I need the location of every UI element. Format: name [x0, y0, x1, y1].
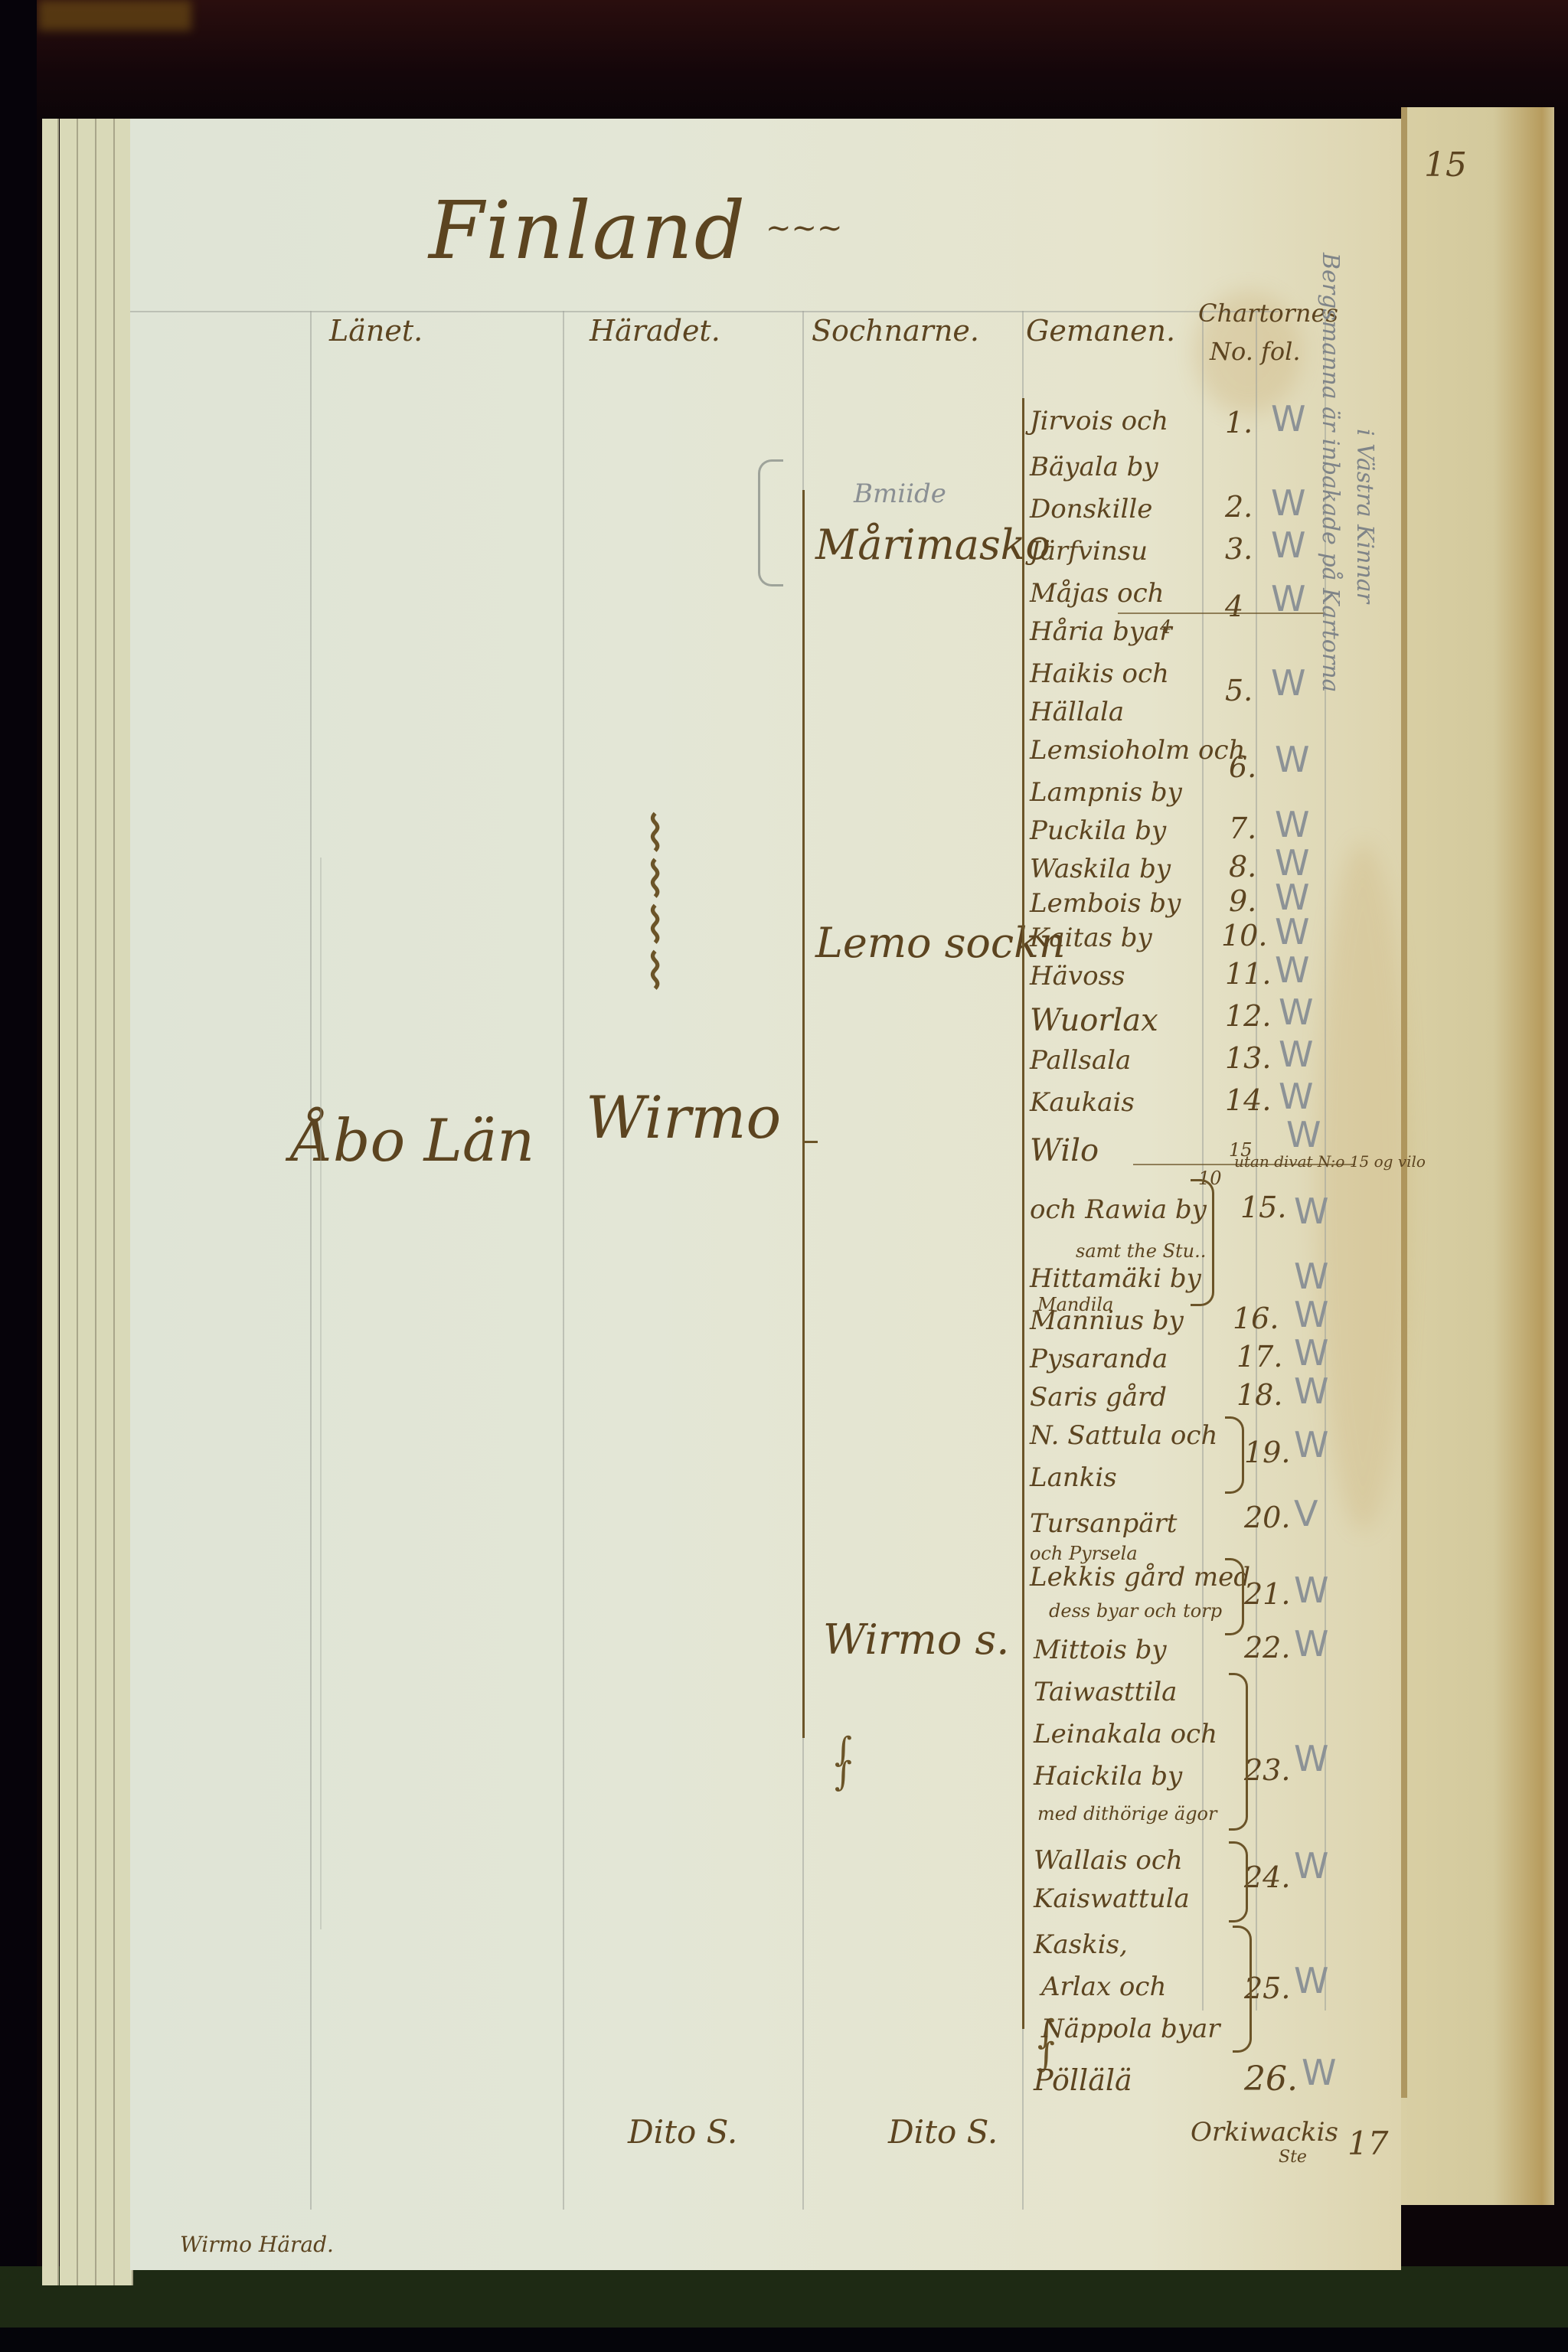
pencil-line: [320, 857, 322, 1929]
chart-number: 10.: [1221, 919, 1267, 952]
chart-number: 1.: [1225, 406, 1253, 439]
check-mark-icon: W: [1294, 1191, 1328, 1232]
village-entry: Saris gård: [1030, 1382, 1167, 1413]
photo-light-glare: [38, 0, 191, 31]
village-entry-note: dess byar och torp: [1049, 1600, 1222, 1622]
chart-number: 4: [1225, 590, 1243, 623]
footer-ste: Ste: [1279, 2148, 1307, 2167]
village-entry: Pysaranda: [1030, 1344, 1168, 1374]
column-rule: [310, 311, 312, 2210]
photo-background-left: [0, 0, 37, 2352]
paper-discoloration: [1317, 842, 1409, 1531]
village-bracket-line: [1022, 398, 1024, 2029]
check-mark-icon: W: [1294, 1370, 1328, 1412]
check-mark-icon: V: [1294, 1493, 1318, 1534]
footer-dito-harad: Dito S.: [628, 2113, 737, 2151]
check-mark-icon: W: [1275, 804, 1309, 845]
chart-number: 18.: [1236, 1378, 1282, 1412]
village-entry: N. Sattula och: [1030, 1420, 1217, 1451]
column-rule: [1202, 311, 1204, 2011]
check-mark-icon: W: [1294, 1845, 1328, 1886]
check-mark-icon: W: [1271, 482, 1305, 524]
chart-number: 3.: [1225, 532, 1253, 566]
village-entry: Järfvinsu: [1030, 536, 1148, 567]
chart-number: 16.: [1233, 1302, 1279, 1335]
village-entry: Näppola byar: [1041, 2014, 1220, 2044]
photo-frame-edge: [0, 2327, 1568, 2352]
check-mark-icon: W: [1294, 1570, 1328, 1611]
check-mark-icon: W: [1279, 1076, 1313, 1117]
chart-number: 21.: [1244, 1577, 1290, 1611]
column-header-haradet: Häradet.: [590, 314, 720, 348]
pencil-brace: [758, 459, 783, 586]
chart-number: 15.: [1240, 1191, 1286, 1224]
chart-number: 11.: [1225, 957, 1271, 991]
page-edge: [60, 119, 78, 2285]
village-entry: Leinakala och: [1034, 1719, 1217, 1749]
check-mark-icon: W: [1275, 949, 1309, 991]
chart-number: 12.: [1225, 999, 1271, 1033]
parish-wirmo: Wirmo s.: [823, 1615, 1009, 1664]
check-mark-icon: W: [1294, 1256, 1328, 1297]
check-mark-icon: W: [1294, 1424, 1328, 1465]
chart-number: 19.: [1244, 1436, 1290, 1469]
check-mark-icon: W: [1286, 1114, 1321, 1155]
brace: [1229, 1673, 1248, 1831]
chart-number: 8.: [1229, 850, 1256, 884]
check-mark-icon: W: [1271, 662, 1305, 704]
bottom-left-note: Wirmo Härad.: [180, 2232, 334, 2257]
check-mark-icon: W: [1279, 1034, 1313, 1075]
check-mark-icon: W: [1294, 1738, 1328, 1779]
bracket-end-squiggle: ∫∫: [835, 1738, 852, 1787]
photo-background-top: [0, 0, 1568, 122]
chart-number: 5.: [1225, 674, 1253, 707]
flourish-ornament: ⌇⌇⌇⌇: [643, 812, 667, 995]
brace: [1233, 1926, 1252, 2053]
check-mark-icon: W: [1294, 1294, 1328, 1335]
check-mark-icon: W: [1279, 991, 1313, 1033]
column-header-no-fol: No. fol.: [1210, 337, 1301, 366]
village-entry: Måjas och: [1030, 578, 1165, 609]
village-entry: Lankis: [1030, 1462, 1117, 1493]
village-entry: Hävoss: [1030, 961, 1125, 991]
brace: [1225, 1416, 1244, 1494]
village-entry: Taiwasttila: [1034, 1677, 1177, 1707]
column-header-lanet: Länet.: [329, 314, 423, 348]
village-entry: Lekkis gård med: [1030, 1562, 1250, 1592]
village-entry-note: samt the Stu..: [1076, 1240, 1206, 1262]
page-edge: [96, 119, 115, 2285]
village-entry: Kaitas by: [1030, 923, 1152, 953]
check-mark-icon: W: [1275, 739, 1309, 780]
harad-name: Wirmo: [586, 1083, 781, 1151]
village-entry-note: och Pyrsela: [1030, 1543, 1138, 1564]
column-header-gemenen: Gemanen.: [1026, 314, 1175, 348]
village-entry: Arlax och: [1041, 1971, 1166, 2002]
village-entry: Wallais och: [1034, 1845, 1183, 1876]
chart-number: 20.: [1244, 1501, 1290, 1534]
column-rule: [563, 311, 564, 2210]
page-edge: [42, 119, 59, 2285]
title-flourish: ~~~: [766, 211, 843, 246]
village-entry: och Rawia by: [1030, 1194, 1207, 1225]
adjacent-page-note: 15: [1424, 145, 1467, 185]
parish-lemo: Lemo sockn: [815, 919, 1066, 967]
village-entry: Bäyala by: [1030, 452, 1158, 482]
check-mark-icon: W: [1275, 911, 1309, 952]
margin-pencil-note: Bergsmanna är inbakade på Kartorna: [1317, 253, 1344, 692]
village-entry: Kaskis,: [1034, 1929, 1128, 1960]
village-entry: Haikis och: [1030, 658, 1169, 689]
check-mark-icon: W: [1294, 1960, 1328, 2001]
page-edge: [78, 119, 96, 2285]
header-rule: [130, 311, 1279, 312]
annotation-note: utan divat N:o 15 og vilo: [1234, 1152, 1426, 1171]
chart-number: 22.: [1244, 1631, 1290, 1664]
village-entry: Pöllälä: [1034, 2063, 1132, 2097]
village-entry: Hällala: [1030, 697, 1124, 727]
village-entry: Lemsioholm och: [1030, 735, 1245, 766]
page-title: Finland: [429, 184, 746, 277]
footer-number: 17: [1347, 2125, 1388, 2162]
chart-number: 6.: [1229, 750, 1256, 784]
chart-number: 17.: [1236, 1340, 1282, 1374]
village-entry: Donskille: [1030, 494, 1152, 524]
village-entry: Waskila by: [1030, 854, 1171, 884]
check-mark-icon: W: [1302, 2052, 1336, 2093]
parish-marimasko: Mårimasko: [815, 521, 1050, 569]
bracket-notch: [802, 1141, 818, 1143]
check-mark-icon: W: [1294, 1623, 1328, 1664]
footer-orkiwackis: Orkiwackis: [1191, 2117, 1338, 2148]
brace: [1191, 1179, 1214, 1306]
village-entry: Hittamäki by: [1030, 1263, 1201, 1294]
chart-number: 23.: [1244, 1753, 1290, 1787]
village-entry: Lampnis by: [1030, 777, 1182, 808]
column-header-socknarne: Sochnarne.: [812, 314, 979, 348]
parish-note: Bmiide: [854, 479, 946, 509]
village-entry: Puckila by: [1030, 815, 1166, 846]
village-entry: Haickila by: [1034, 1761, 1182, 1792]
brace: [1225, 1558, 1244, 1635]
footer-dito-socken: Dito S.: [888, 2113, 998, 2151]
village-entry: Kaiswattula: [1034, 1883, 1190, 1914]
annotation: 4: [1160, 616, 1171, 638]
village-entry: Tursanpärt: [1030, 1508, 1177, 1539]
chart-number: 2.: [1225, 490, 1253, 524]
chart-number: 9.: [1229, 884, 1256, 918]
village-entry: Kaukais: [1030, 1087, 1135, 1118]
chart-number: 7.: [1229, 812, 1256, 845]
margin-pencil-note: i Västra Kinnar: [1351, 429, 1378, 603]
chart-number: 13.: [1225, 1041, 1271, 1075]
village-entry: Pallsala: [1030, 1045, 1131, 1076]
village-entry: Mittois by: [1034, 1635, 1167, 1665]
lan-name: Åbo Län: [291, 1106, 534, 1174]
brace: [1229, 1841, 1248, 1922]
check-mark-icon: W: [1294, 1332, 1328, 1374]
village-entry: Jirvois och: [1030, 406, 1168, 436]
section-divider: [1118, 612, 1325, 614]
check-mark-icon: W: [1271, 398, 1305, 439]
village-entry: Wuorlax: [1030, 1003, 1158, 1038]
village-entry-note: med dithörige ägor: [1037, 1803, 1217, 1824]
village-entry: Wilo: [1030, 1133, 1099, 1168]
village-entry: Håria byar: [1030, 616, 1172, 647]
parish-bracket-line: [802, 490, 805, 1738]
chart-number: 14.: [1225, 1083, 1271, 1117]
village-entry: Mannius by: [1030, 1305, 1184, 1336]
chart-number: 26.: [1244, 2060, 1298, 2099]
check-mark-icon: W: [1271, 524, 1305, 566]
village-entry: Lembois by: [1030, 888, 1181, 919]
chart-number: 24.: [1244, 1860, 1290, 1894]
